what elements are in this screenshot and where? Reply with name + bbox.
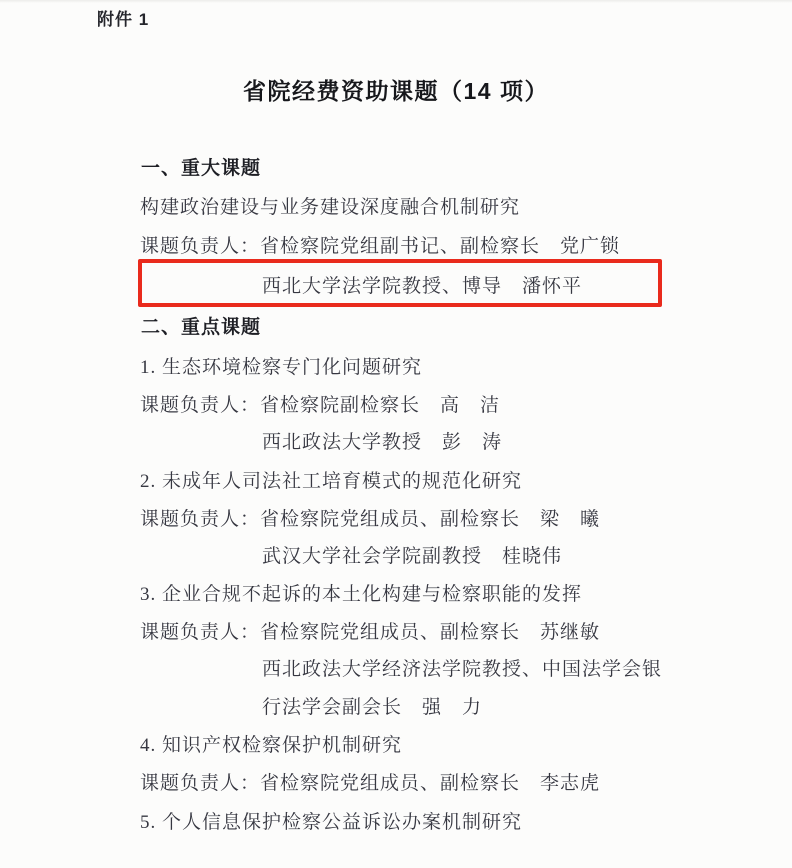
topic-3-leader-line-2: 西北政法大学经济法学院教授、中国法学会银 (262, 654, 662, 681)
topic-4-leader-line: 课题负责人：省检察院党组成员、副检察长 李志虎 (140, 768, 600, 795)
topic-5-title-line: 5. 个人信息保护检察公益诉讼办案机制研究 (140, 807, 522, 834)
leader-line: 课题负责人：省检察院党组副书记、副检察长 党广锁 (140, 231, 620, 258)
document-page: 附件 1 省院经费资助课题（14 项） 一、重大课题 构建政治建设与业务建设深度… (0, 0, 792, 868)
topic-2-leader-line: 课题负责人：省检察院党组成员、副检察长 梁 曦 (140, 504, 600, 531)
scan-edge-shadow (0, 0, 792, 3)
topic-1-leader-line-2: 西北政法大学教授 彭 涛 (262, 427, 502, 454)
topic-1-leader-line: 课题负责人：省检察院副检察长 高 洁 (140, 390, 500, 417)
topic-3-title-line: 3. 企业合规不起诉的本土化构建与检察职能的发挥 (140, 579, 582, 606)
highlighted-leader-line: 西北大学法学院教授、博导 潘怀平 (262, 271, 582, 298)
topic-title-line: 构建政治建设与业务建设深度融合机制研究 (140, 192, 520, 219)
topic-3-leader-line: 课题负责人：省检察院党组成员、副检察长 苏继敏 (140, 617, 600, 644)
topic-4-title-line: 4. 知识产权检察保护机制研究 (140, 730, 402, 757)
topic-3-leader-line-3: 行法学会副会长 强 力 (262, 692, 482, 719)
section-2-heading: 二、重点课题 (141, 312, 261, 339)
page-title: 省院经费资助课题（14 项） (0, 73, 792, 106)
section-1-heading: 一、重大课题 (141, 153, 261, 180)
topic-2-leader-line-2: 武汉大学社会学院副教授 桂晓伟 (262, 541, 562, 568)
topic-2-title-line: 2. 未成年人司法社工培育模式的规范化研究 (140, 466, 522, 493)
attachment-label: 附件 1 (97, 5, 149, 30)
topic-1-title-line: 1. 生态环境检察专门化问题研究 (140, 352, 422, 379)
